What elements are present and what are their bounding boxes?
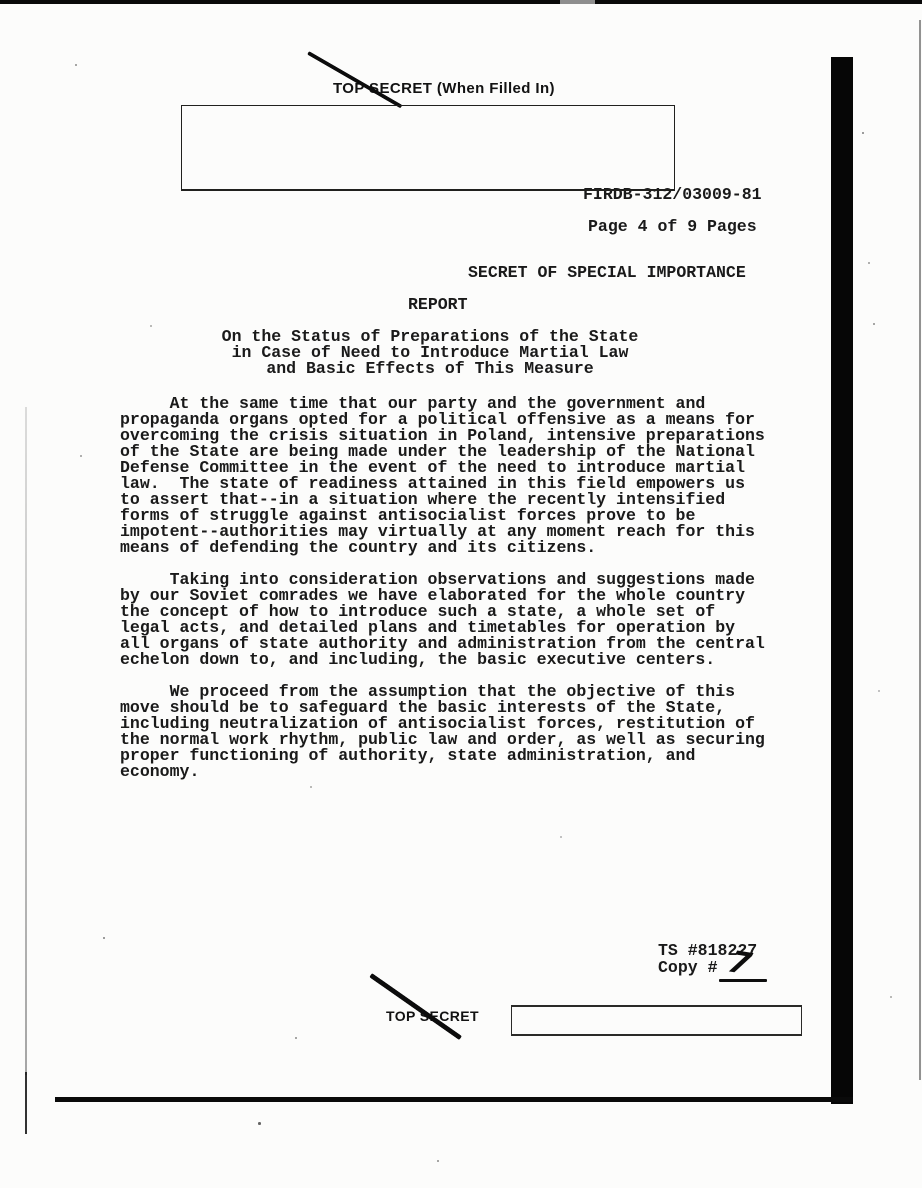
scan-right-page-edge [919, 20, 921, 1080]
noise-speck [560, 836, 562, 838]
footer-form-box [511, 1005, 802, 1036]
noise-speck [437, 1160, 439, 1162]
scan-top-edge-artifact [0, 0, 922, 4]
declassification-strike-bottom [369, 973, 462, 1040]
noise-speck [80, 455, 82, 457]
document-page: TOP SECRET (When Filled In) FIRDB-312/03… [0, 0, 922, 1188]
noise-speck [75, 64, 77, 66]
noise-speck [150, 325, 152, 327]
noise-speck [868, 262, 870, 264]
scan-left-page-edge-dark [25, 1072, 27, 1134]
noise-speck [862, 132, 864, 134]
page-count: Page 4 of 9 Pages [588, 219, 757, 235]
noise-speck [295, 1037, 297, 1039]
scan-binding-bar-artifact [831, 57, 853, 1104]
noise-speck [310, 786, 312, 788]
copy-number-label: Copy # [658, 960, 718, 976]
noise-speck [878, 690, 880, 692]
scan-left-page-edge [25, 407, 27, 1075]
report-heading: REPORT [408, 297, 468, 313]
noise-speck [264, 581, 266, 583]
noise-speck [890, 996, 892, 998]
noise-speck [103, 937, 105, 939]
noise-speck [258, 1122, 261, 1125]
classification-line: SECRET OF SPECIAL IMPORTANCE [468, 265, 746, 281]
header-form-box [181, 105, 675, 191]
noise-speck [873, 323, 875, 325]
scan-bottom-edge-line [55, 1097, 853, 1102]
body-text: At the same time that our party and the … [120, 396, 765, 780]
document-title: On the Status of Preparations of the Sta… [218, 329, 642, 377]
